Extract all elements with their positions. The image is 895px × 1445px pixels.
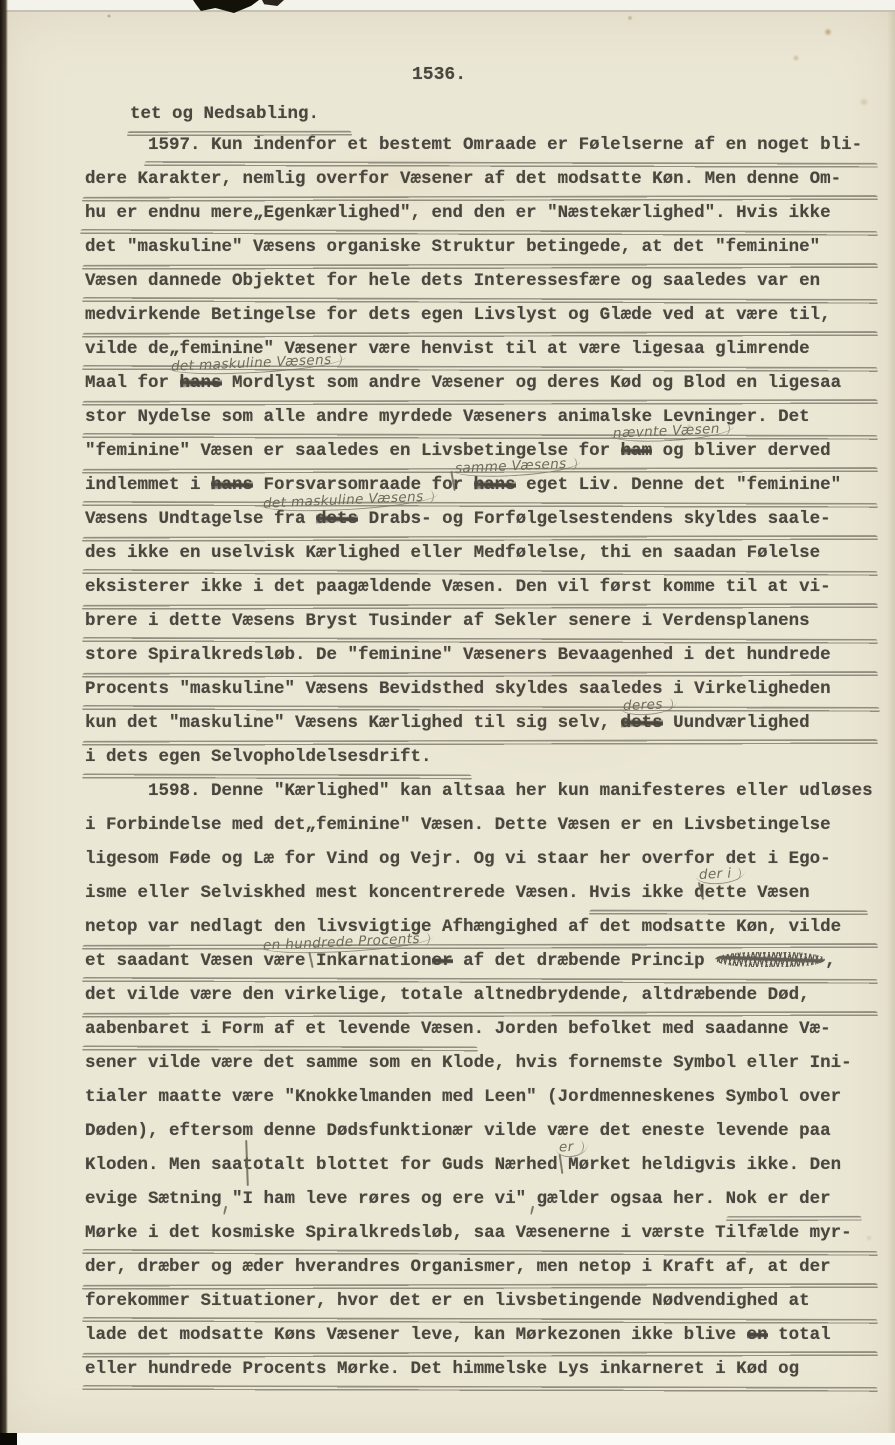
scan-corner-mark [0,1433,17,1445]
pencil-underline [82,195,878,203]
text-line: eksisterer ikke i det paagældende Væsen.… [85,577,831,597]
pencil-underline [82,705,880,713]
pencil-underline [82,1011,878,1019]
text-line: dere Karakter, nemlig overfor Væsener af… [85,169,841,189]
typed-text: forekommer Situationer, hvor det er en l… [85,1291,810,1311]
typed-text: store Spiralkredsløb. De "feminine" Væse… [85,645,831,665]
typed-text: brere i dette Væsens Bryst Tusinder af S… [85,611,810,631]
typed-text: Mørke i det kosmiske Spiralkredsløb, saa… [85,1223,852,1243]
text-line: Mørke i det kosmiske Spiralkredsløb, saa… [85,1223,852,1243]
paper: 1536. tet og Nedsabling. 1597. Kun inden… [0,10,895,1433]
struck-out-word: en [747,1325,768,1345]
pencil-underline [82,501,878,509]
text-line: hu er endnu mere„Egenkærlighed", end den… [85,203,831,223]
text-line: netop var nedlagt den livsvigtige Afhæng… [85,917,841,937]
pencil-underline [82,637,878,645]
typed-text: Væsen dannede Objektet for hele dets Int… [85,271,820,291]
pencil-underline [82,569,878,577]
pencil-underline [589,910,868,917]
pencil-underline [80,229,878,237]
text-line: det vilde være den virkelige, totale alt… [85,985,810,1005]
text-line: i Forbindelse med det„feminine" Væsen. D… [85,815,831,835]
text-line: lade det modsatte Køns Væsener leve, kan… [85,1325,831,1345]
pencil-underline [726,1216,862,1222]
typed-text: , [825,951,836,971]
scanned-manuscript-page: 1536. tet og Nedsabling. 1597. Kun inden… [0,0,895,1445]
page-number: 1536. [412,65,466,85]
text-line: aabenbaret i Form af et levende Væsen. J… [85,1019,831,1039]
typed-text: lade det modsatte Køns Væsener leve, kan… [85,1325,747,1345]
pencil-underline [82,603,878,611]
typed-text: 1598. Denne "Kærlighed" kan altsaa her k… [85,781,873,801]
text-line: store Spiralkredsløb. De "feminine" Væse… [85,645,831,665]
pencil-underline [82,331,878,339]
typed-text: og bliver derved [652,441,831,461]
typed-text: evige Sætning "I ham leve røres og ere v… [85,1189,831,1209]
scan-top-edge [0,0,895,12]
typed-text: Inkarnation [316,951,432,971]
pencil-underline [82,1249,878,1257]
typed-text: der, dræber og æder hverandres Organisme… [85,1257,831,1277]
scribbled-out-word [715,952,825,967]
text-line: tialer maatte være "Knokkelmanden med Le… [85,1087,841,1107]
pencil-underline [82,671,878,679]
text-line: Maal for hans Mordlyst som andre Væsener… [85,373,841,393]
text-line: indlemmet i hans Forsvarsomraade for han… [85,475,841,495]
typed-text: Maal for [85,373,180,393]
typed-text: Uundværlighed [663,713,810,733]
text-line: eller hundrede Procents Mørke. Det himme… [85,1359,799,1379]
typed-text: vilde de„feminine" Væsener være henvist … [85,339,810,359]
typed-text: Væsens Undtagelse fra [85,509,316,529]
typed-text: i Forbindelse med det„feminine" Væsen. D… [85,815,831,835]
pencil-underline [82,297,878,305]
typed-text: 1597. Kun indenfor et bestemt Omraade er… [85,135,862,155]
text-line: Kloden. Men saatotalt blottet for Guds N… [85,1155,841,1175]
pencil-underline [82,1385,878,1393]
typed-text: kun det "maskuline" Væsens Kærlighed til… [85,713,621,733]
pencil-underline [82,1351,878,1359]
pencil-underline [82,263,878,271]
pencil-underline [82,977,878,985]
typed-text: des ikke en uselvisk Kærlighed eller Med… [85,543,820,563]
text-line: "feminine" Væsen er saaledes en Livsbeti… [85,441,831,461]
typed-text: eget Liv. Denne det "feminine" [516,475,842,495]
typed-text: eksisterer ikke i det paagældende Væsen.… [85,577,831,597]
text-line: forekommer Situationer, hvor det er en l… [85,1291,810,1311]
text-line: medvirkende Betingelse for dets egen Liv… [85,305,831,325]
struck-out-word: hans [180,373,222,393]
typed-text: medvirkende Betingelse for dets egen Liv… [85,305,831,325]
pencil-underline [144,161,878,169]
typed-text: tialer maatte være "Knokkelmanden med Le… [85,1087,841,1107]
text-line: brere i dette Væsens Bryst Tusinder af S… [85,611,810,631]
struck-out-word: dets [316,509,358,529]
pencil-underline [82,399,878,407]
text-line: des ikke en uselvisk Kærlighed eller Med… [85,543,820,563]
typed-text: hu er endnu mere„Egenkærlighed", end den… [85,203,831,223]
text-line: kun det "maskuline" Væsens Kærlighed til… [85,713,810,733]
pencil-comma-mark [530,1206,534,1215]
text-line: i dets egen Selvopholdelsesdrift. [85,747,432,767]
typed-text: af det dræbende Princip [453,951,716,971]
pencil-underline [82,739,878,747]
typed-text: Mordlyst som andre Væsener og deres Kød … [222,373,842,393]
typed-text: Drabs- og Forfølgelsestendens skyldes sa… [358,509,831,529]
typed-text: det "maskuline" Væsens organiske Struktu… [85,237,820,257]
text-line: 1598. Denne "Kærlighed" kan altsaa her k… [85,781,873,801]
typed-text: det vilde være den virkelige, totale alt… [85,985,810,1005]
text-line: et saadant Væsen være Inkarnationer af d… [85,951,836,971]
struck-out-word: hans [211,475,253,495]
typed-text: Døden), eftersom denne Dødsfunktionær vi… [85,1121,831,1141]
text-line: Procents "maskuline" Væsens Bevidsthed s… [85,679,831,699]
typed-text: indlemmet i [85,475,211,495]
pencil-underline [82,774,472,781]
text-line: Døden), eftersom denne Dødsfunktionær vi… [85,1121,831,1141]
struck-out-word: hans [474,475,516,495]
scan-left-edge [0,0,8,1445]
pencil-underline [82,535,878,543]
typed-text: tet og Nedsabling. [130,104,319,124]
typed-text: total [768,1325,831,1345]
pencil-underline [82,943,878,951]
typed-text: eller hundrede Procents Mørke. Det himme… [85,1359,799,1379]
struck-out-word: er [432,951,453,971]
typed-text: sener vilde være det samme som en Klode,… [85,1053,852,1073]
scan-bottom-edge [0,1433,895,1445]
typed-text: Procents "maskuline" Væsens Bevidsthed s… [85,679,831,699]
typed-text: et saadant Væsen være [85,951,316,971]
typed-text: Kloden. Men saatotalt blottet for Guds N… [85,1155,841,1175]
text-line: 1597. Kun indenfor et bestemt Omraade er… [85,135,862,155]
pencil-underline [82,1317,878,1325]
pencil-underline [82,1046,478,1053]
text-line: der, dræber og æder hverandres Organisme… [85,1257,831,1277]
text-line: Væsens Undtagelse fra dets Drabs- og For… [85,509,831,529]
text-line: sener vilde være det samme som en Klode,… [85,1053,852,1073]
text-line: evige Sætning "I ham leve røres og ere v… [85,1189,831,1209]
struck-out-word: ham [621,441,653,461]
text-line: vilde de„feminine" Væsener være henvist … [85,339,810,359]
typed-text: dere Karakter, nemlig overfor Væsener af… [85,169,841,189]
typed-text: aabenbaret i Form af et levende Væsen. J… [85,1019,831,1039]
pencil-comma-mark [223,1206,227,1215]
text-line: det "maskuline" Væsens organiske Struktu… [85,237,820,257]
typed-text: netop var nedlagt den livsvigtige Afhæng… [85,917,841,937]
pencil-underline [82,433,878,441]
text-line: Væsen dannede Objektet for hele dets Int… [85,271,820,291]
text-line: tet og Nedsabling. [130,104,319,124]
typed-text: i dets egen Selvopholdelsesdrift. [85,747,432,767]
pencil-underline [82,1283,878,1291]
struck-out-word: dets [621,713,663,733]
